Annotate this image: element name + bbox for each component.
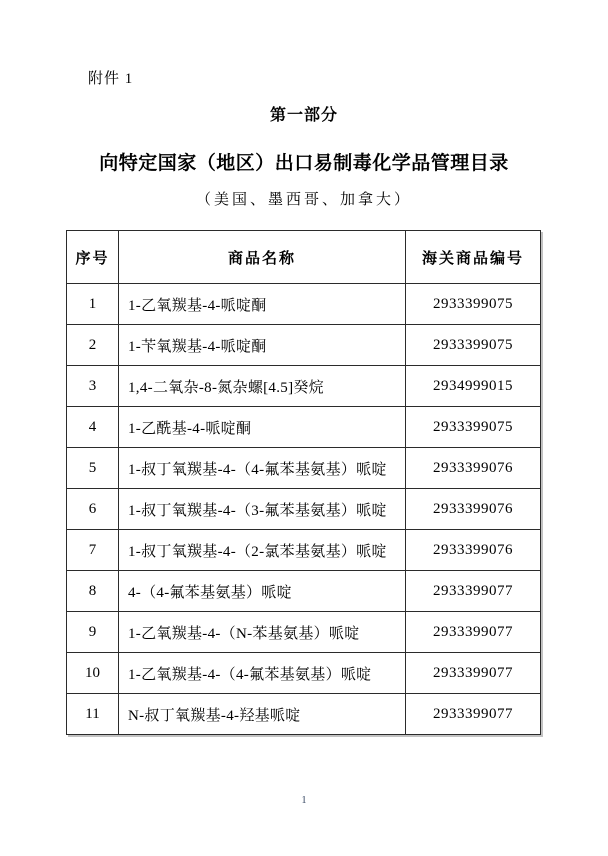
customs-code-cell: 2933399076 [406,489,541,530]
page-subtitle: （美国、墨西哥、加拿大） [0,188,608,209]
serial-number-cell: 5 [67,448,119,489]
serial-number-cell: 2 [67,325,119,366]
section-heading: 第一部分 [0,102,608,125]
product-name-cell: 1-叔丁氧羰基-4-（2-氯苯基氨基）哌啶 [119,530,406,571]
product-name-cell: 1-苄氧羰基-4-哌啶酮 [119,325,406,366]
serial-number-cell: 11 [67,694,119,735]
customs-code-cell: 2933399076 [406,448,541,489]
document-page: 附件 1 第一部分 向特定国家（地区）出口易制毒化学品管理目录 （美国、墨西哥、… [0,0,608,856]
serial-number-cell: 7 [67,530,119,571]
product-name-cell: 1-乙氧羰基-4-哌啶酮 [119,284,406,325]
serial-number-cell: 8 [67,571,119,612]
table-row: 71-叔丁氧羰基-4-（2-氯苯基氨基）哌啶2933399076 [67,530,541,571]
product-name-cell: 1-叔丁氧羰基-4-（4-氟苯基氨基）哌啶 [119,448,406,489]
customs-code-cell: 2933399075 [406,407,541,448]
product-name-cell: N-叔丁氧羰基-4-羟基哌啶 [119,694,406,735]
serial-number-cell: 9 [67,612,119,653]
product-name-cell: 1,4-二氧杂-8-氮杂螺[4.5]癸烷 [119,366,406,407]
customs-code-cell: 2933399075 [406,284,541,325]
customs-code-cell: 2933399077 [406,653,541,694]
header-product-name: 商品名称 [119,231,406,284]
table-row: 101-乙氧羰基-4-（4-氟苯基氨基）哌啶2933399077 [67,653,541,694]
table-row: 51-叔丁氧羰基-4-（4-氟苯基氨基）哌啶2933399076 [67,448,541,489]
customs-code-cell: 2933399077 [406,694,541,735]
serial-number-cell: 3 [67,366,119,407]
catalog-table: 序号 商品名称 海关商品编号 11-乙氧羰基-4-哌啶酮293339907521… [66,230,541,735]
table-row: 91-乙氧羰基-4-（N-苯基氨基）哌啶2933399077 [67,612,541,653]
serial-number-cell: 10 [67,653,119,694]
table-row: 21-苄氧羰基-4-哌啶酮2933399075 [67,325,541,366]
product-name-cell: 1-叔丁氧羰基-4-（3-氟苯基氨基）哌啶 [119,489,406,530]
table-row: 84-（4-氟苯基氨基）哌啶2933399077 [67,571,541,612]
table-body: 11-乙氧羰基-4-哌啶酮293339907521-苄氧羰基-4-哌啶酮2933… [67,284,541,735]
table-header-row: 序号 商品名称 海关商品编号 [67,231,541,284]
product-name-cell: 1-乙氧羰基-4-（4-氟苯基氨基）哌啶 [119,653,406,694]
serial-number-cell: 4 [67,407,119,448]
product-name-cell: 1-乙氧羰基-4-（N-苯基氨基）哌啶 [119,612,406,653]
customs-code-cell: 2933399077 [406,612,541,653]
header-serial-number: 序号 [67,231,119,284]
page-title: 向特定国家（地区）出口易制毒化学品管理目录 [0,148,608,175]
customs-code-cell: 2934999015 [406,366,541,407]
header-customs-code: 海关商品编号 [406,231,541,284]
serial-number-cell: 1 [67,284,119,325]
table-row: 31,4-二氧杂-8-氮杂螺[4.5]癸烷2934999015 [67,366,541,407]
page-number: 1 [0,795,608,806]
attachment-label: 附件 1 [88,67,133,88]
table-row: 61-叔丁氧羰基-4-（3-氟苯基氨基）哌啶2933399076 [67,489,541,530]
table-row: 11-乙氧羰基-4-哌啶酮2933399075 [67,284,541,325]
product-name-cell: 4-（4-氟苯基氨基）哌啶 [119,571,406,612]
table-row: 11N-叔丁氧羰基-4-羟基哌啶2933399077 [67,694,541,735]
table-row: 41-乙酰基-4-哌啶酮2933399075 [67,407,541,448]
customs-code-cell: 2933399077 [406,571,541,612]
customs-code-cell: 2933399076 [406,530,541,571]
customs-code-cell: 2933399075 [406,325,541,366]
serial-number-cell: 6 [67,489,119,530]
product-name-cell: 1-乙酰基-4-哌啶酮 [119,407,406,448]
